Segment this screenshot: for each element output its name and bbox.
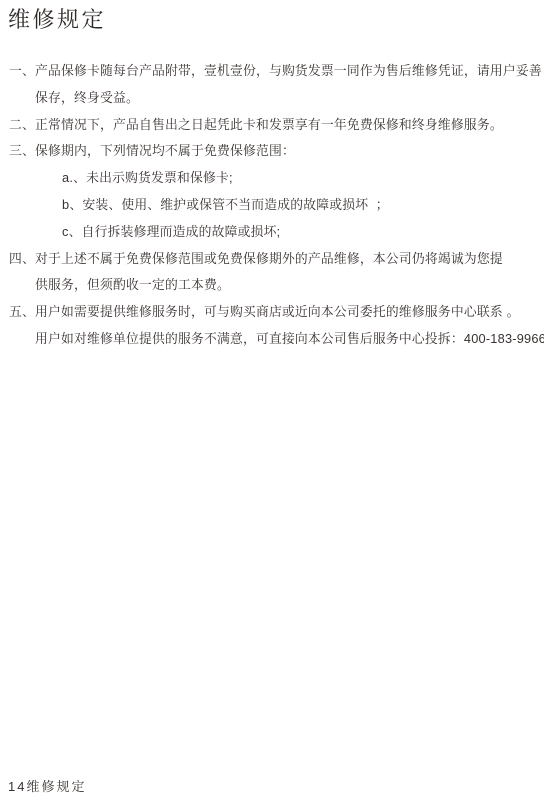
regulation-subitem-c: c、自行拆装修理而造成的故障或损坏; — [0, 219, 544, 246]
item-4-text-line-1: 对于上述不属于免费保修范围或免费保修期外的产品维修，本公司仍将竭诚为您提 — [35, 251, 503, 266]
subitem-b-marker: b、 — [62, 197, 82, 212]
regulation-subitem-b: b、安装、使用、维护或保管不当而造成的故障或损坏 ； — [0, 192, 544, 219]
regulation-item-2-line-1: 二、正常情况下，产品自售出之日起凭此卡和发票享有一年免费保修和终身维修服务。 — [0, 112, 544, 139]
regulation-item-5-line-1: 五、用户如需要提供维修服务时，可与购买商店或近向本公司委托的维修服务中心联系 。 — [0, 299, 544, 326]
subitem-c-text: 自行拆装修理而造成的故障或损坏; — [82, 224, 281, 239]
subitem-a-text: 未出示购货发票和保修卡; — [86, 170, 233, 185]
regulation-item-4-line-2: 供服务，但须酌收一定的工本费。 — [0, 272, 544, 299]
item-1-text-line-2: 保存，终身受益。 — [35, 90, 139, 105]
subitem-a-marker: a.、 — [62, 170, 86, 185]
item-2-marker: 二、 — [9, 117, 35, 132]
item-2-text-line-1: 正常情况下，产品自售出之日起凭此卡和发票享有一年免费保修和终身维修服务。 — [35, 117, 503, 132]
page-title: 维修规定 — [8, 5, 106, 35]
regulation-subitem-a: a.、未出示购货发票和保修卡; — [0, 165, 544, 192]
regulations-list: 一、产品保修卡随每台产品附带，壹机壹份，与购货发票一同作为售后维修凭证，请用户妥… — [0, 58, 544, 353]
item-5-text-line-1: 用户如需要提供维修服务时，可与购买商店或近向本公司委托的维修服务中心联系 。 — [35, 304, 520, 319]
item-3-text-line-1: 保修期内，下列情况均不属于免费保修范围： — [35, 143, 295, 158]
warranty-regulations-page: 维修规定 一、产品保修卡随每台产品附带，壹机壹份，与购货发票一同作为售后维修凭证… — [0, 0, 544, 808]
regulation-item-3-line-1: 三、保修期内，下列情况均不属于免费保修范围： — [0, 138, 544, 165]
page-footer: 14维修规定 — [8, 777, 86, 797]
item-1-marker: 一、 — [9, 63, 35, 78]
regulation-item-4-line-1: 四、对于上述不属于免费保修范围或免费保修期外的产品维修，本公司仍将竭诚为您提 — [0, 246, 544, 273]
item-3-marker: 三、 — [9, 143, 35, 158]
item-1-text-line-1: 产品保修卡随每台产品附带，壹机壹份，与购货发票一同作为售后维修凭证，请用户妥善 — [35, 63, 542, 78]
item-5-marker: 五、 — [9, 304, 35, 319]
item-5-text-line-2: 用户如对维修单位提供的服务不满意，可直接向本公司售后服务中心投拆：400-183… — [35, 331, 544, 346]
item-4-marker: 四、 — [9, 251, 35, 266]
item-4-text-line-2: 供服务，但须酌收一定的工本费。 — [35, 277, 230, 292]
subitem-b-text: 安装、使用、维护或保管不当而造成的故障或损坏 ； — [82, 197, 388, 212]
regulation-item-1-line-1: 一、产品保修卡随每台产品附带，壹机壹份，与购货发票一同作为售后维修凭证，请用户妥… — [0, 58, 544, 85]
regulation-item-1-line-2: 保存，终身受益。 — [0, 85, 544, 112]
regulation-item-5-line-2: 用户如对维修单位提供的服务不满意，可直接向本公司售后服务中心投拆：400-183… — [0, 326, 544, 353]
subitem-c-marker: c、 — [62, 224, 82, 239]
